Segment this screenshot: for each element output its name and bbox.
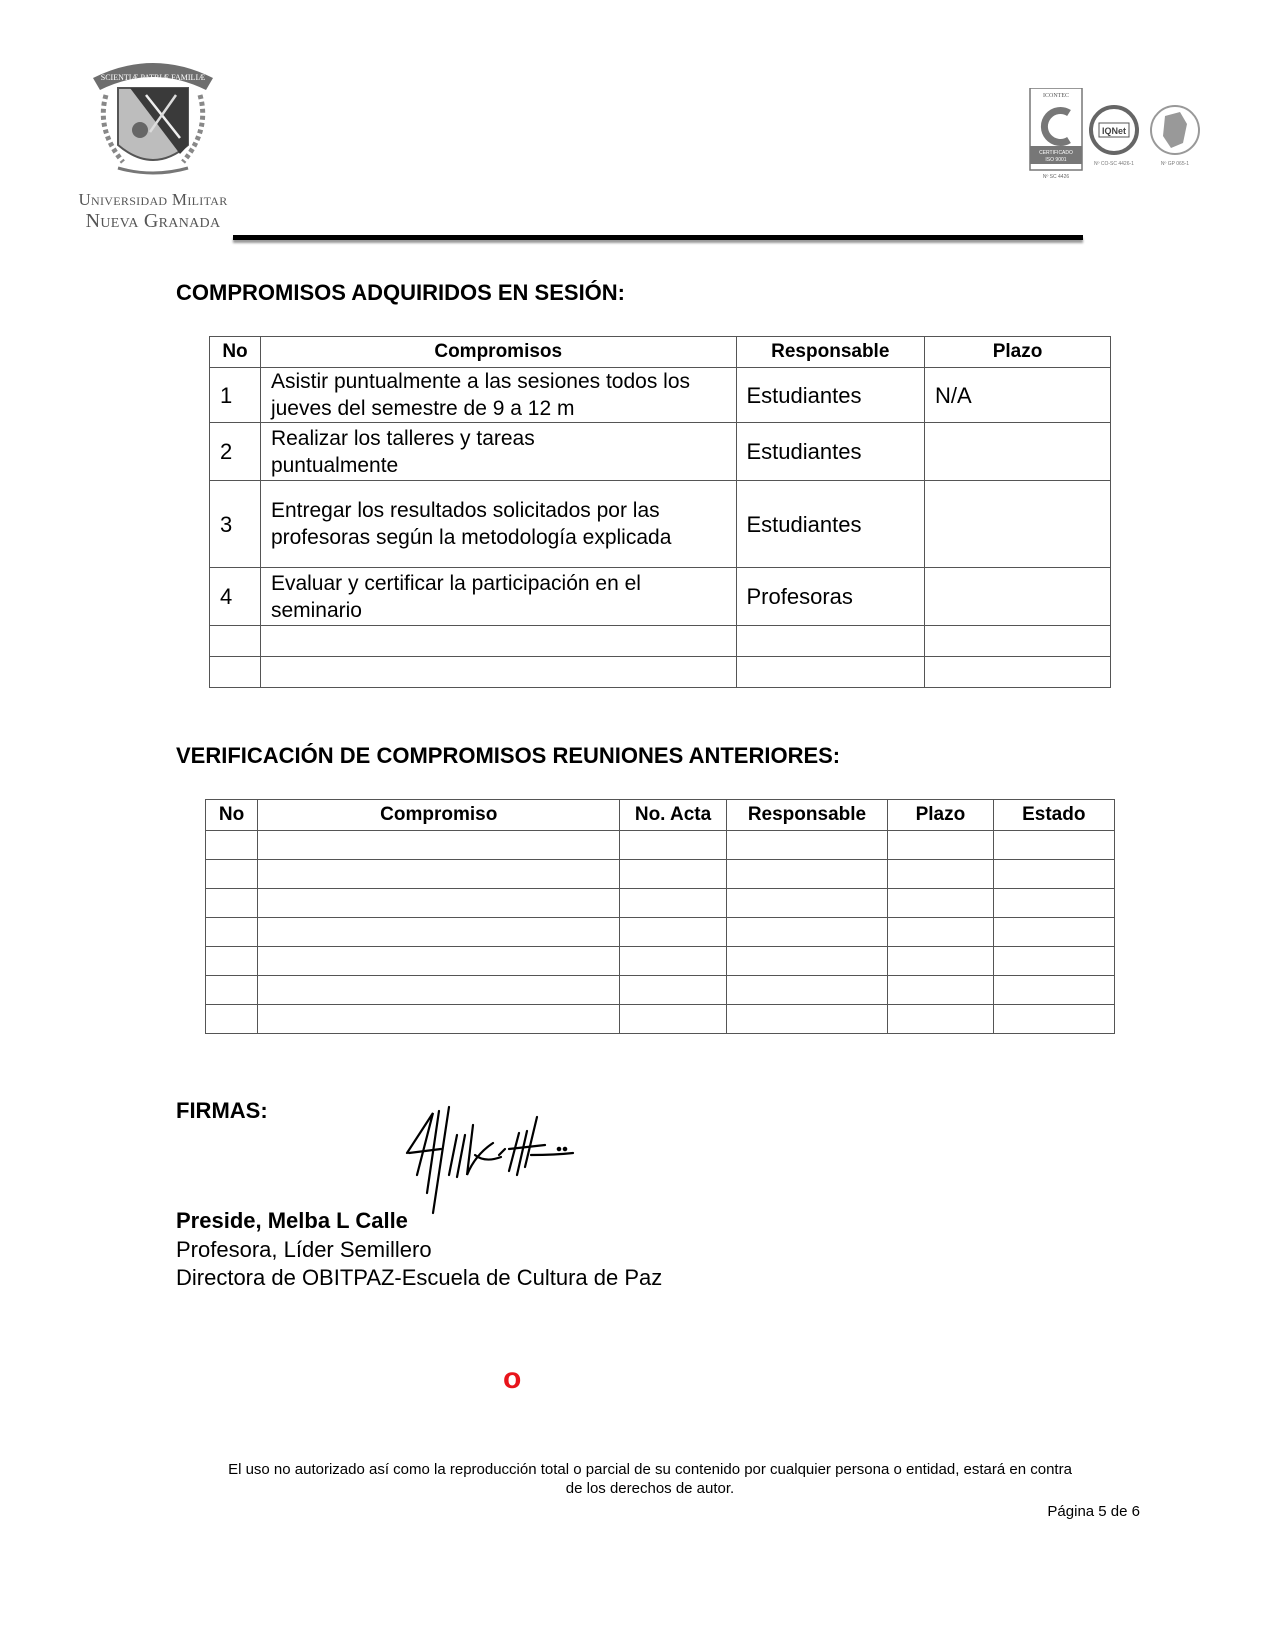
cell-responsable: Estudiantes xyxy=(736,368,925,423)
svg-text:IQNet: IQNet xyxy=(1102,126,1126,136)
table-row xyxy=(206,918,1115,947)
cell-responsable: Estudiantes xyxy=(736,423,925,481)
cell-compromiso xyxy=(258,947,620,976)
table-row: 2 Realizar los talleres y tareas puntual… xyxy=(210,423,1111,481)
cell-no-acta xyxy=(620,918,726,947)
cell-estado xyxy=(993,1005,1114,1034)
cell-no-acta xyxy=(620,1005,726,1034)
cell-estado xyxy=(993,831,1114,860)
page-number: Página 5 de 6 xyxy=(1000,1503,1140,1520)
university-logo: SCIENTIÆ PATRIÆ FAMILIÆ Universidad Mili… xyxy=(68,50,238,235)
cell-responsable: Estudiantes xyxy=(736,481,925,568)
cell-responsable xyxy=(726,831,888,860)
cell-plazo xyxy=(925,568,1111,626)
table-row xyxy=(206,860,1115,889)
icontec-iqnet-gp-certification-icon: ICONTEC CERTIFICADO ISO 9001 Nº SC 4426 … xyxy=(1025,88,1225,193)
university-name-line2: Nueva Granada xyxy=(68,210,238,233)
verificacion-table: No Compromiso No. Acta Responsable Plazo… xyxy=(205,799,1115,1034)
cell-compromiso xyxy=(258,889,620,918)
cell-plazo xyxy=(888,976,993,1005)
cell-no xyxy=(206,976,258,1005)
section-title-verificacion: VERIFICACIÓN DE COMPROMISOS REUNIONES AN… xyxy=(176,743,840,769)
cell-plazo xyxy=(925,423,1111,481)
cell-no-acta xyxy=(620,976,726,1005)
cell-compromiso: Asistir puntualmente a las sesiones todo… xyxy=(260,368,736,423)
cell-estado xyxy=(993,976,1114,1005)
cell-no: 2 xyxy=(210,423,261,481)
cell-responsable xyxy=(736,657,925,688)
cell-compromiso: Evaluar y certificar la participación en… xyxy=(260,568,736,626)
cell-plazo xyxy=(888,947,993,976)
cell-compromiso xyxy=(260,626,736,657)
table-row: 4 Evaluar y certificar la participación … xyxy=(210,568,1111,626)
table-row xyxy=(206,889,1115,918)
cell-no-acta xyxy=(620,831,726,860)
cell-responsable xyxy=(726,976,888,1005)
svg-text:SCIENTIÆ PATRIÆ FAMILIÆ: SCIENTIÆ PATRIÆ FAMILIÆ xyxy=(101,73,205,82)
cell-compromiso: Entregar los resultados solicitados por … xyxy=(260,481,736,568)
red-mark: o xyxy=(503,1362,521,1396)
cell-no xyxy=(210,626,261,657)
cell-responsable: Profesoras xyxy=(736,568,925,626)
column-header-no: No xyxy=(210,337,261,368)
compromisos-table: No Compromisos Responsable Plazo 1 Asist… xyxy=(209,336,1111,688)
table-row xyxy=(206,1005,1115,1034)
column-header-plazo: Plazo xyxy=(925,337,1111,368)
copyright-line2: de los derechos de autor. xyxy=(180,1479,1120,1498)
university-name-line1: Universidad Militar xyxy=(68,190,238,210)
cell-compromiso xyxy=(258,1005,620,1034)
cell-estado xyxy=(993,889,1114,918)
column-header-compromisos: Compromisos xyxy=(260,337,736,368)
cell-plazo xyxy=(888,1005,993,1034)
cell-compromiso: Realizar los talleres y tareas puntualme… xyxy=(260,423,736,481)
cell-no xyxy=(206,1005,258,1034)
cell-compromiso xyxy=(260,657,736,688)
cell-responsable xyxy=(726,918,888,947)
header-divider xyxy=(233,235,1083,240)
table-row xyxy=(206,831,1115,860)
cell-compromiso xyxy=(258,831,620,860)
handwritten-signature-icon xyxy=(405,1105,605,1215)
table-row: 1 Asistir puntualmente a las sesiones to… xyxy=(210,368,1111,423)
cell-responsable xyxy=(726,860,888,889)
cell-no xyxy=(206,918,258,947)
cell-compromiso xyxy=(258,918,620,947)
copyright-notice: El uso no autorizado así como la reprodu… xyxy=(180,1460,1120,1498)
cell-no xyxy=(206,889,258,918)
cell-plazo: N/A xyxy=(925,368,1111,423)
cell-no xyxy=(206,860,258,889)
cell-no: 4 xyxy=(210,568,261,626)
signer-role: Profesora, Líder Semillero xyxy=(176,1237,432,1263)
column-header-plazo: Plazo xyxy=(888,800,993,831)
certification-logos: ICONTEC CERTIFICADO ISO 9001 Nº SC 4426 … xyxy=(1025,88,1225,193)
svg-text:CERTIFICADO: CERTIFICADO xyxy=(1039,150,1073,156)
cell-no: 3 xyxy=(210,481,261,568)
svg-text:ISO 9001: ISO 9001 xyxy=(1045,157,1066,163)
cell-responsable xyxy=(726,889,888,918)
cell-no xyxy=(206,831,258,860)
svg-text:Nº GP 065-1: Nº GP 065-1 xyxy=(1161,161,1189,167)
cell-plazo xyxy=(925,626,1111,657)
cell-compromiso xyxy=(258,976,620,1005)
university-crest-icon: SCIENTIÆ PATRIÆ FAMILIÆ xyxy=(88,50,218,185)
cell-estado xyxy=(993,918,1114,947)
table-row xyxy=(206,976,1115,1005)
table-row: 3 Entregar los resultados solicitados po… xyxy=(210,481,1111,568)
cell-no: 1 xyxy=(210,368,261,423)
svg-text:Nº SC 4426: Nº SC 4426 xyxy=(1043,174,1070,180)
svg-text:Nº CO-SC 4426-1: Nº CO-SC 4426-1 xyxy=(1094,161,1134,167)
cell-plazo xyxy=(888,889,993,918)
cell-no xyxy=(210,657,261,688)
column-header-no-acta: No. Acta xyxy=(620,800,726,831)
column-header-responsable: Responsable xyxy=(726,800,888,831)
column-header-compromiso: Compromiso xyxy=(258,800,620,831)
column-header-estado: Estado xyxy=(993,800,1114,831)
cell-plazo xyxy=(888,860,993,889)
cell-plazo xyxy=(888,918,993,947)
cell-estado xyxy=(993,860,1114,889)
cell-plazo xyxy=(925,481,1111,568)
cell-plazo xyxy=(888,831,993,860)
section-title-compromisos: COMPROMISOS ADQUIRIDOS EN SESIÓN: xyxy=(176,280,625,306)
cell-compromiso xyxy=(258,860,620,889)
cell-no xyxy=(206,947,258,976)
column-header-no: No xyxy=(206,800,258,831)
cell-responsable xyxy=(736,626,925,657)
table-row xyxy=(206,947,1115,976)
column-header-responsable: Responsable xyxy=(736,337,925,368)
signatures-title: FIRMAS: xyxy=(176,1098,268,1124)
copyright-line1: El uso no autorizado así como la reprodu… xyxy=(180,1460,1120,1479)
cell-responsable xyxy=(726,1005,888,1034)
signer-name: Preside, Melba L Calle xyxy=(176,1208,408,1234)
cell-no-acta xyxy=(620,947,726,976)
table-row xyxy=(210,626,1111,657)
signer-position: Directora de OBITPAZ-Escuela de Cultura … xyxy=(176,1265,662,1291)
svg-text:ICONTEC: ICONTEC xyxy=(1043,93,1069,99)
cell-responsable xyxy=(726,947,888,976)
cell-estado xyxy=(993,947,1114,976)
cell-plazo xyxy=(925,657,1111,688)
cell-no-acta xyxy=(620,860,726,889)
cell-no-acta xyxy=(620,889,726,918)
table-row xyxy=(210,657,1111,688)
